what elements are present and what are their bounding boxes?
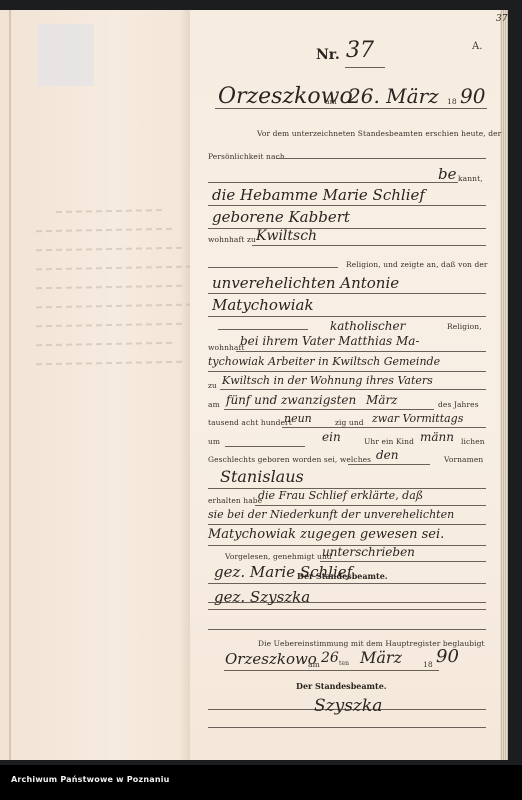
intro-text: Vor dem unterzeichneten Standesbeamten e… xyxy=(257,129,501,138)
underline xyxy=(208,524,486,525)
record-year: 90 xyxy=(460,84,485,108)
identity-label: Persönlichkeit nach xyxy=(208,152,285,161)
mother-residence-line2: tychowiak Arbeiter in Kwiltsch Gemeinde xyxy=(208,355,440,368)
month-value: März xyxy=(366,393,398,407)
residence-label: wohnhaft zu xyxy=(208,235,256,244)
record-date: 26. März xyxy=(348,84,439,108)
year-words: neun xyxy=(284,412,312,425)
mother-line1: unverehelichten Antonie xyxy=(212,274,399,292)
underline xyxy=(252,245,486,246)
underline xyxy=(208,583,486,584)
born-label: Geschlechts geboren worden sei, welches xyxy=(208,455,371,464)
page-edge xyxy=(9,10,11,760)
religion-suffix: Religion, und zeigte an, daß von der xyxy=(346,260,488,269)
underline xyxy=(208,205,486,206)
underline xyxy=(208,267,338,268)
identity-handwritten: be xyxy=(438,165,456,183)
informant-line2: geborene Kabbert xyxy=(212,208,350,226)
am-label: am xyxy=(325,97,337,106)
footer-bar: Archiwum Państwowe w Poznaniu xyxy=(0,765,522,800)
gender-value: männ xyxy=(420,430,454,444)
certification-signature: Szyszka xyxy=(314,696,382,716)
underline xyxy=(208,371,486,372)
underline xyxy=(224,409,434,410)
underline xyxy=(345,67,385,68)
certification-day: 26 xyxy=(321,650,339,666)
underline xyxy=(320,561,486,562)
given-names-label: Vornamen xyxy=(444,455,483,464)
religion-label: Religion, xyxy=(447,322,482,331)
left-page xyxy=(0,10,190,760)
mother-line2: Matychowiak xyxy=(212,296,314,314)
residence-value: Kwiltsch xyxy=(256,228,317,244)
mother-residence-line1: bei ihrem Vater Matthias Ma- xyxy=(240,334,420,348)
statement-line1: die Frau Schlief erklärte, daß xyxy=(258,489,423,502)
certification-heading: Der Standesbeamte. xyxy=(296,681,387,691)
underline xyxy=(348,464,430,465)
certification-place: Orzeszkowo xyxy=(225,650,317,668)
read-value: unterschrieben xyxy=(322,545,415,559)
day-value: fünf und zwanzigsten xyxy=(226,393,356,407)
underline xyxy=(208,293,486,294)
registrar-heading: Der Standesbeamte. xyxy=(297,571,388,581)
underline xyxy=(208,228,486,229)
identity-suffix: kannt, xyxy=(458,174,483,183)
underline xyxy=(225,446,305,447)
bleed-through-text xyxy=(36,210,196,381)
year-label: des Jahres xyxy=(438,400,479,409)
statement-line3: Matychowiak zugegen gewesen sei. xyxy=(208,527,444,542)
record-number-label: Nr. xyxy=(316,47,340,63)
archive-name: Archiwum Państwowe w Poznaniu xyxy=(11,775,170,784)
time-words: zwar Vormittags xyxy=(372,412,463,425)
folio-number: 37 xyxy=(496,14,507,24)
child-label: Uhr ein Kind xyxy=(364,437,414,446)
underline xyxy=(282,427,486,428)
underline xyxy=(215,108,487,109)
certification-day-suffix: ten xyxy=(339,660,349,667)
underline xyxy=(220,389,486,390)
informant-line1: die Hebamme Marie Schlief xyxy=(212,186,425,204)
year-prefix: 18 xyxy=(447,97,457,106)
hour-value: ein xyxy=(322,430,341,444)
record-number: 37 xyxy=(346,38,374,63)
certification-year-prefix: 18 xyxy=(423,660,433,669)
underline xyxy=(208,629,486,630)
underline xyxy=(236,351,486,352)
certification-year: 90 xyxy=(436,646,459,667)
day-label: am xyxy=(208,400,220,409)
underline xyxy=(208,316,486,317)
underline xyxy=(276,158,486,159)
read-label: Vorgelesen, genehmigt und xyxy=(225,552,332,561)
location-label: zu xyxy=(208,381,217,390)
paper-tab xyxy=(38,24,94,86)
underline xyxy=(224,670,439,671)
child-name: Stanislaus xyxy=(220,467,304,486)
thousand-label: tausend acht hundert xyxy=(208,418,292,427)
gender-suffix: lichen xyxy=(461,437,485,446)
underline xyxy=(208,727,486,728)
underline xyxy=(208,182,458,183)
certification-am: am xyxy=(308,660,320,669)
form-letter: A. xyxy=(472,41,482,52)
underline xyxy=(218,329,308,330)
year-mid: zig und xyxy=(335,418,364,427)
page-edges xyxy=(500,10,508,760)
location-value: Kwiltsch in der Wohnung ihres Vaters xyxy=(222,374,433,387)
statement-line2: sie bei der Niederkunft der unverehelich… xyxy=(208,508,454,521)
article-value: den xyxy=(376,448,399,462)
received-label: erhalten habe xyxy=(208,496,262,505)
certification-month: März xyxy=(360,648,402,667)
hour-label: um xyxy=(208,437,220,446)
mother-religion: katholischer xyxy=(330,319,405,333)
scan-viewer: 37 A. Nr. 37 Orzeszkowo am 26. März 18 9… xyxy=(0,0,522,765)
underline xyxy=(208,609,486,610)
underline xyxy=(255,505,486,506)
registrar-signature: gez. Szyszka xyxy=(214,588,310,606)
